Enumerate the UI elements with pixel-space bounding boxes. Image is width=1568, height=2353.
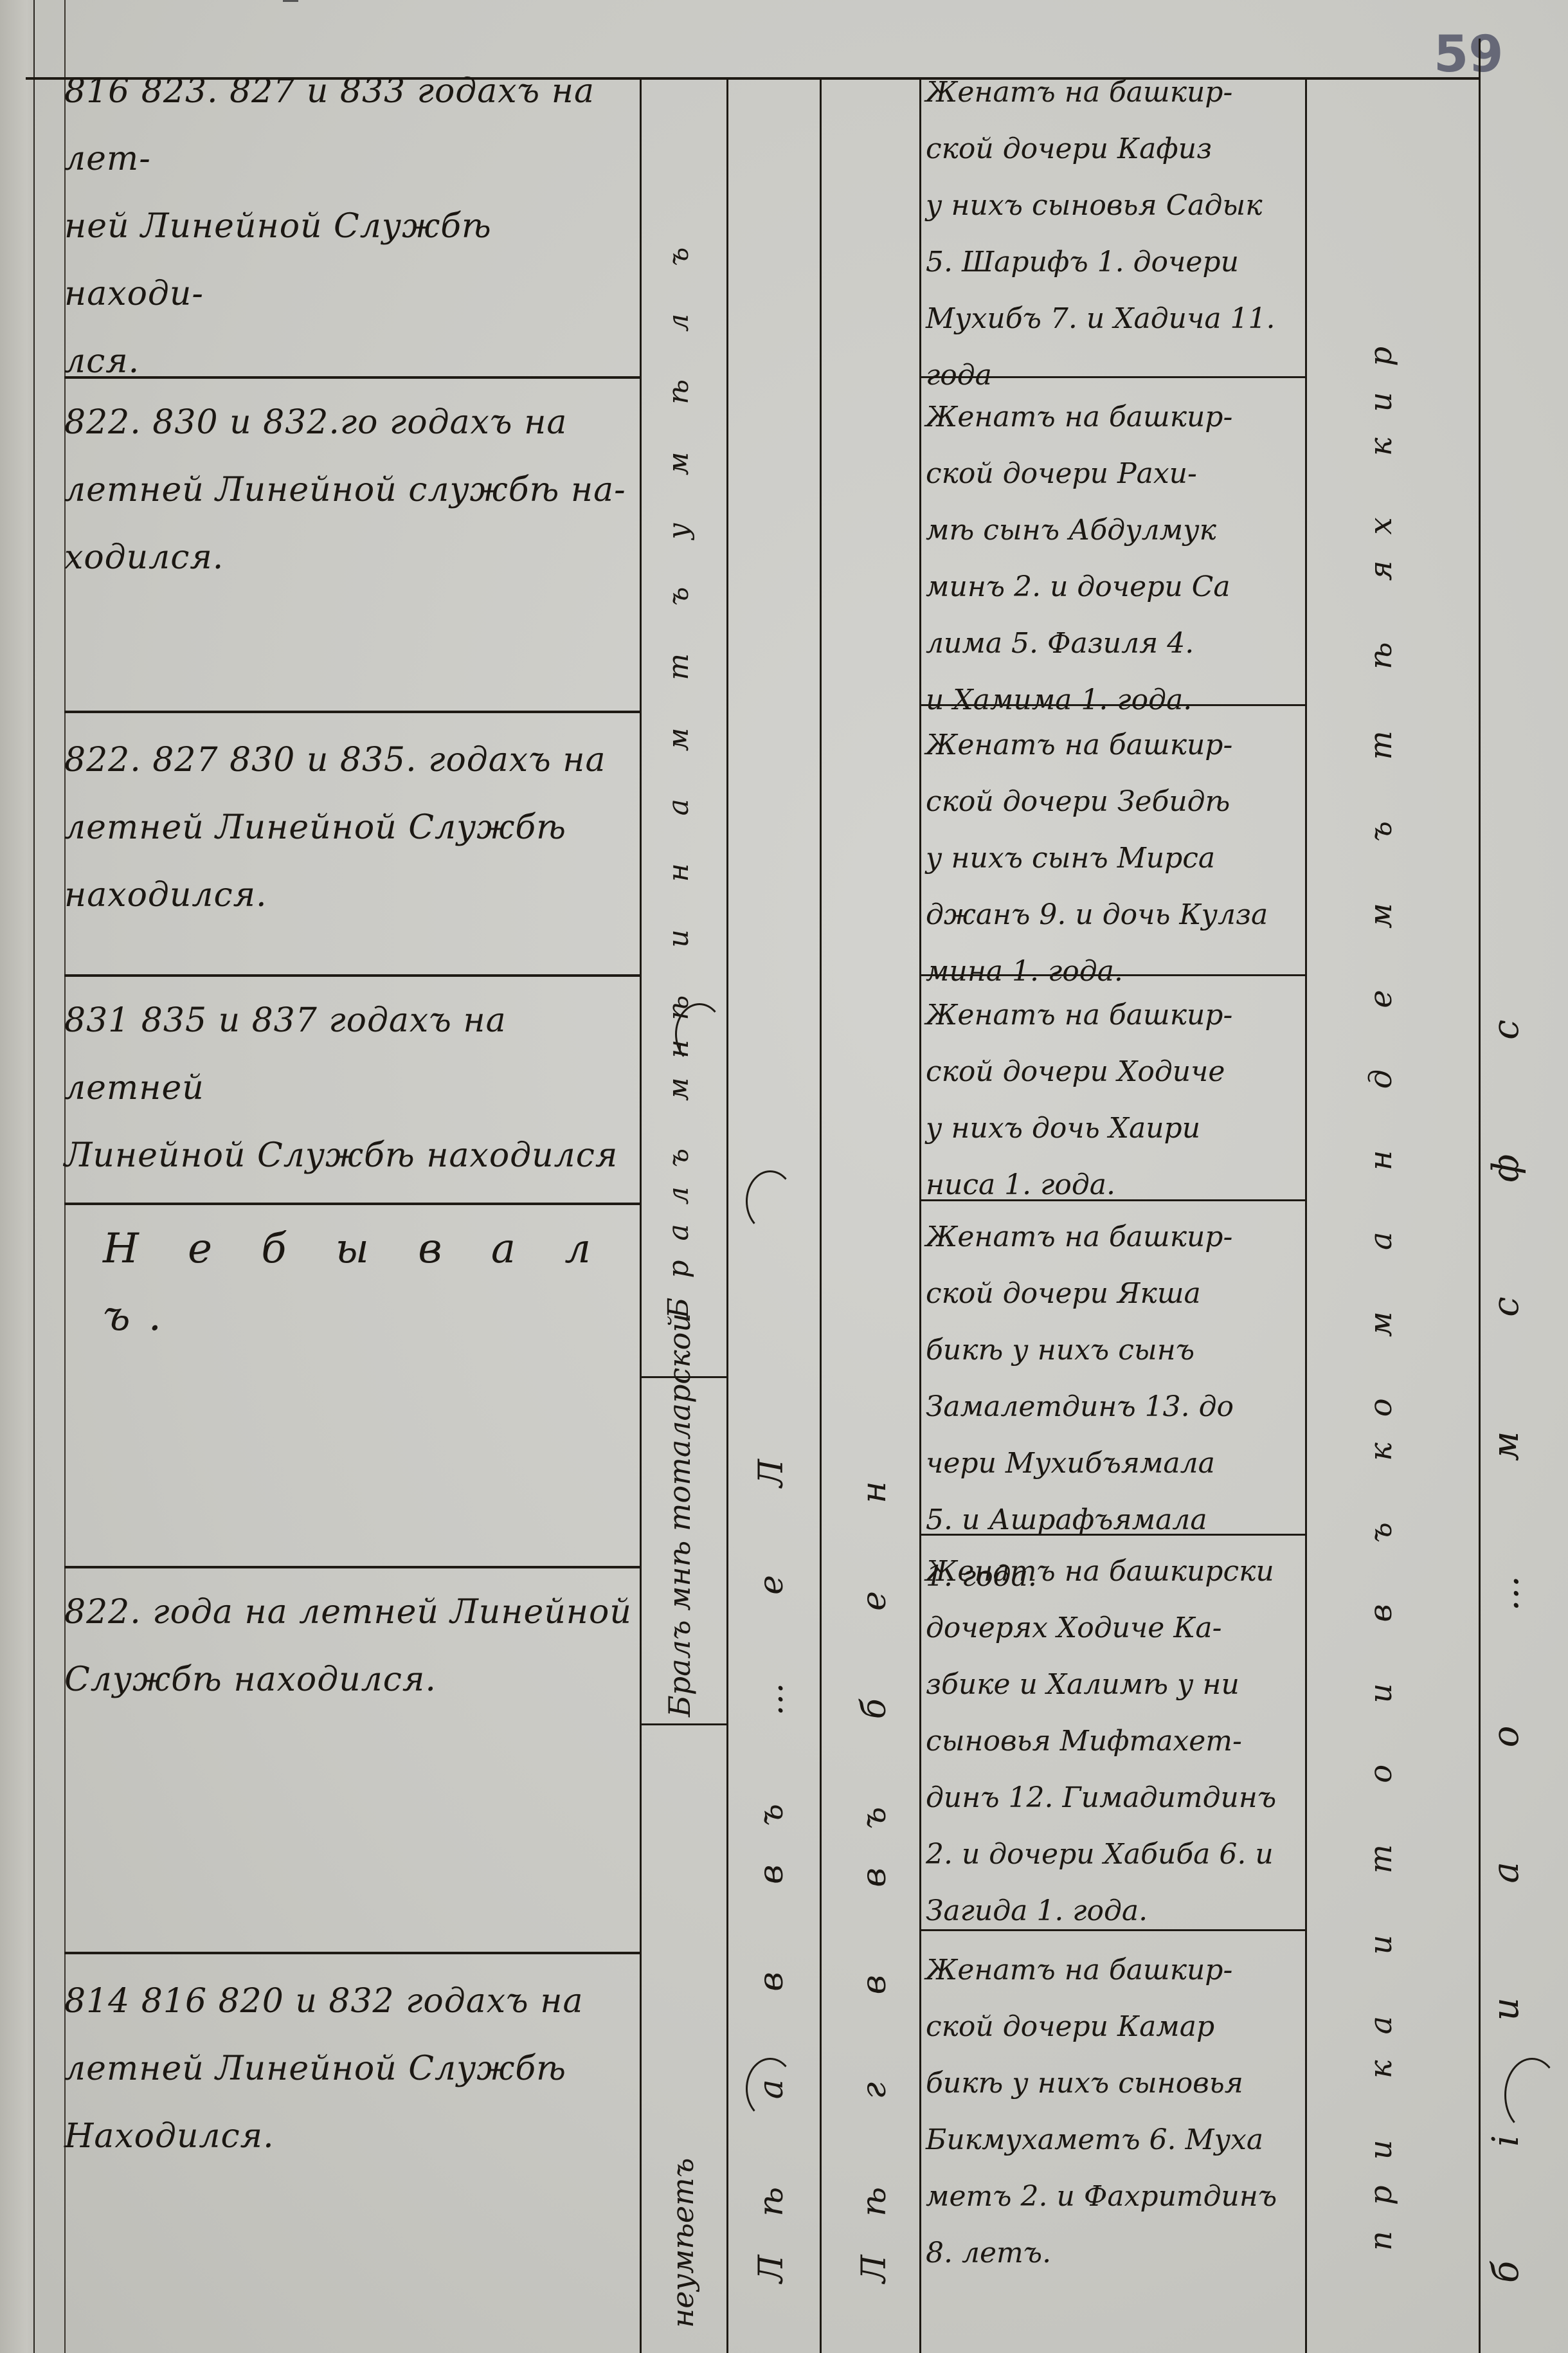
ink-flourish (746, 1170, 795, 1232)
ink-flourish (1504, 2058, 1560, 2132)
family-record-1: Женатъ на башкир- ской дочери Кафиз у ни… (926, 64, 1305, 404)
column-divider-6 (1479, 39, 1481, 2353)
column-divider-4 (919, 77, 921, 2353)
service-record-1: 816 823. 827 и 833 годахъ на лет- ней Ли… (64, 58, 636, 395)
row-rule (640, 1723, 726, 1725)
page-number-stamp: 59 (1434, 26, 1504, 84)
service-record-2: 822. 830 и 832.го годахъ на летней Линей… (64, 389, 636, 592)
ink-flourish (675, 1003, 724, 1065)
document-page: 59 816 823. 827 и 833 годахъ на лет- ней… (0, 0, 1568, 2353)
service-record-5: Н е б ы в а л ъ. (103, 1215, 636, 1350)
family-record-4: Женатъ на башкир- ской дочери Ходиче у н… (926, 987, 1305, 1213)
family-record-7: Женатъ на башкир- ской дочери Камар бикѣ… (926, 1942, 1305, 2282)
family-record-2: Женатъ на башкир- ской дочери Рахи- мѣ с… (926, 389, 1305, 729)
family-record-3: Женатъ на башкир- ской дочери Зебидѣ у н… (926, 717, 1305, 1000)
column-divider-5 (1305, 77, 1307, 2353)
vertical-note-stamp-upper: Бралъ мнѣ и н а м т ъ у м ѣ л ъ (662, 161, 695, 1318)
top-mark (283, 0, 298, 7)
service-record-4: 831 835 и 837 годахъ на летней Линейной … (64, 987, 636, 1190)
row-rule (64, 1203, 640, 1205)
family-record-6: Женатъ на башкирски дочерях Ходиче Ка- з… (926, 1543, 1305, 1940)
vertical-letters-col-c: Лѣ г в въ б е н (855, 161, 894, 2283)
service-record-7: 814 816 820 и 832 годахъ на летней Линей… (64, 1968, 636, 2170)
service-record-6: 822. года на летней Линейной Службѣ нахо… (64, 1579, 636, 1714)
vertical-note-col-e: б і и а о … м с ф с (1485, 161, 1527, 2283)
vertical-note-stamp-low: неумѣетъ (665, 2058, 700, 2328)
vertical-note-stamp-mid: Бралъ мнѣ тоталарской (662, 1383, 697, 1717)
column-divider-3 (820, 77, 822, 2353)
ink-flourish (746, 2058, 795, 2120)
column-divider-1 (640, 77, 642, 2353)
row-rule (64, 1566, 640, 1568)
vertical-note-col-d: при ка и т о и в ъ ко м а н д е м ъ т ѣ … (1363, 193, 1399, 2251)
row-rule (64, 711, 640, 713)
service-record-3: 822. 827 830 и 835. годахъ на летней Лин… (64, 727, 636, 929)
book-binding (0, 0, 35, 2353)
row-rule (64, 974, 640, 977)
row-rule (64, 1952, 640, 1954)
column-divider-2 (726, 77, 728, 2353)
